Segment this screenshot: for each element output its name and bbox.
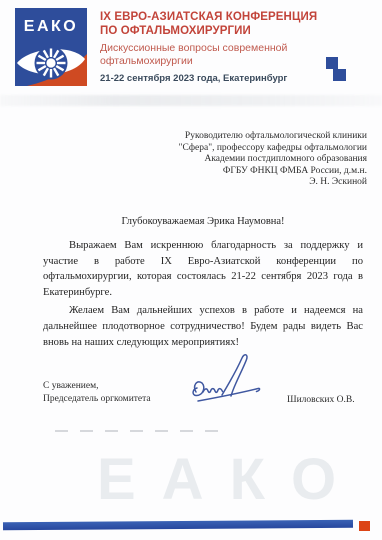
logo-text: ЕАКО (24, 18, 78, 35)
conference-header: IX ЕВРО-АЗИАТСКАЯ КОНФЕРЕНЦИЯ ПО ОФТАЛЬМ… (100, 10, 340, 84)
salutation: Глубокоуважаемая Эрика Наумовна! (43, 216, 363, 227)
body-paragraph-2: Желаем Вам дальнейших успехов в работе и… (43, 303, 363, 350)
body-paragraph-1: Выражаем Вам искреннюю благодарность за … (43, 238, 363, 300)
steps-icon (326, 57, 338, 69)
eako-watermark: ЕАКО (97, 450, 362, 510)
steps-icon (333, 69, 346, 81)
conference-title-line1: IX ЕВРО-АЗИАТСКАЯ КОНФЕРЕНЦИЯ (100, 10, 340, 24)
footer-bar (3, 520, 353, 530)
conference-subtitle: Дискуссионные вопросы современной офталь… (100, 42, 340, 68)
closing-line1: С уважением, (43, 380, 151, 393)
recipient-line: Э. Н. Эскиной (179, 177, 367, 189)
scan-artifact-dashes (55, 430, 225, 432)
recipient-line: "Сфера", профессору кафедры офтальмологи… (179, 143, 367, 155)
recipient-line: Руководителю офтальмологической клиники (179, 131, 367, 143)
letter-body: Выражаем Вам искреннюю благодарность за … (43, 238, 363, 353)
letter-page: ЕАКО IX ЕВРО-АЗИАТСКАЯ КОНФЕРЕНЦИЯ ПО ОФ… (0, 0, 382, 540)
eako-logo: ЕАКО (15, 8, 87, 86)
handwritten-signature (182, 348, 264, 410)
recipient-line: ФГБУ ФНКЦ ФМБА России, д.м.н. (179, 166, 367, 178)
recipient-block: Руководителю офтальмологической клиники … (179, 131, 367, 189)
scan-artifact-band (0, 95, 382, 106)
closing-line2: Председатель оргкомитета (43, 393, 151, 406)
signer-name: Шиловских О.В. (287, 395, 355, 405)
conference-title-line2: ПО ОФТАЛЬМОХИРУРГИИ (100, 24, 340, 38)
conference-date-location: 21-22 сентября 2023 года, Екатеринбург (100, 73, 340, 84)
closing-block: С уважением, Председатель оргкомитета (43, 380, 151, 405)
recipient-line: Академии постдипломного образования (179, 154, 367, 166)
conference-subtitle-line1: Дискуссионные вопросы современной (100, 42, 340, 55)
footer-accent-square (359, 521, 370, 531)
conference-subtitle-line2: офтальмохирургии (100, 55, 340, 68)
eye-pupil (46, 58, 55, 67)
